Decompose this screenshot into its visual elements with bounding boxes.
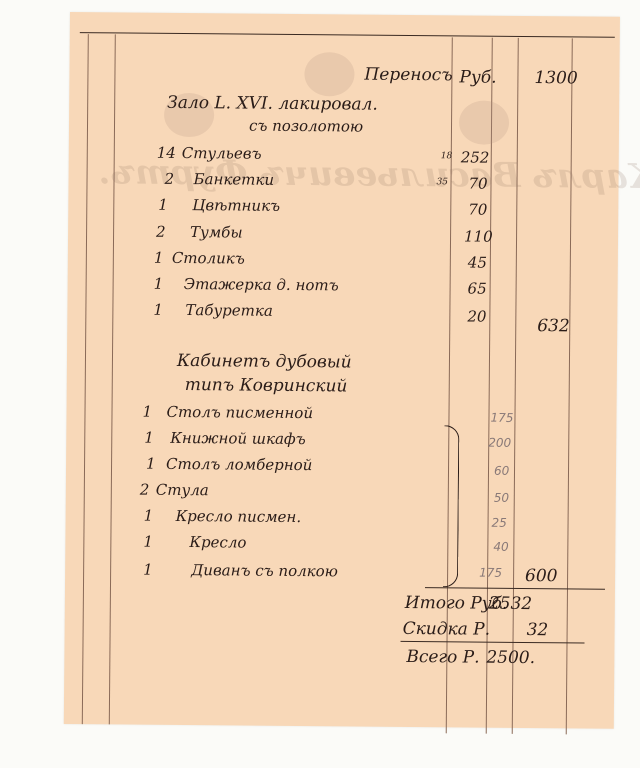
discount-amount: 32 xyxy=(527,620,549,640)
item-total: 110 xyxy=(464,227,493,245)
item-unit-price: 18 xyxy=(441,151,453,161)
item-total: 70 xyxy=(468,200,487,218)
item-qty: 14 xyxy=(157,144,176,162)
discount-rule xyxy=(401,641,585,644)
section1-subtotal: 632 xyxy=(537,316,570,336)
item-qty: 1 xyxy=(154,275,164,293)
item-pencil-price: 60 xyxy=(494,464,509,478)
column-line-kop xyxy=(512,38,519,734)
total-amount: 2532 xyxy=(489,594,532,614)
item-qty: 1 xyxy=(154,249,164,267)
grand-total-amount: 2500. xyxy=(486,648,535,668)
item-pencil-price: 25 xyxy=(491,516,506,530)
grand-total-label: Всего Р. xyxy=(406,647,479,668)
item-name: Столикъ xyxy=(172,249,245,268)
item-qty: 1 xyxy=(144,507,154,525)
item-total: 45 xyxy=(468,253,487,271)
grouping-brace xyxy=(443,425,459,587)
column-line-total xyxy=(566,38,573,734)
item-total: 70 xyxy=(468,174,487,192)
item-pencil-price: 175 xyxy=(490,411,513,425)
item-name: Стула xyxy=(156,481,209,499)
item-name: Книжной шкафъ xyxy=(170,429,306,448)
item-name: Столъ писменной xyxy=(166,403,313,422)
item-pencil-price: 50 xyxy=(494,491,509,505)
section2-subtotal: 600 xyxy=(525,566,558,586)
item-qty: 2 xyxy=(156,223,166,241)
item-pencil-price: 175 xyxy=(479,566,502,580)
item-qty: 1 xyxy=(158,196,168,214)
section1-items: 14 Стульевъ 18 252 2 Банкетки 35 70 1 Цв… xyxy=(70,12,620,17)
top-rule xyxy=(80,32,615,38)
item-name: Стульевъ xyxy=(182,144,262,163)
item-total: 20 xyxy=(467,307,486,325)
item-name: Табуретка xyxy=(185,301,273,320)
discount-label: Скидка Р. xyxy=(403,619,491,640)
section1-title: Зало L. XVI. лакировал. xyxy=(167,93,378,115)
item-name: Цвѣтникъ xyxy=(192,196,280,215)
watermark-seal-icon xyxy=(459,100,509,144)
item-name: Столъ ломберной xyxy=(166,455,312,474)
margin-line-2 xyxy=(109,34,116,724)
margin-line-1 xyxy=(82,34,89,724)
item-name: Банкетки xyxy=(193,170,274,189)
item-qty: 2 xyxy=(164,170,174,188)
item-qty: 1 xyxy=(143,561,153,579)
item-name: Кресло писмен. xyxy=(176,507,302,526)
item-name: Кресло xyxy=(189,533,246,551)
item-pencil-price: 200 xyxy=(488,436,511,450)
item-total: 65 xyxy=(468,279,487,297)
watermark-letterhead: Карлъ Васильевичъ Фуртъ. xyxy=(98,152,640,197)
item-qty: 1 xyxy=(153,301,163,319)
watermark-seal-icon xyxy=(304,52,354,96)
carried-forward-amount: 1300 xyxy=(534,68,577,88)
item-qty: 1 xyxy=(144,429,154,447)
carried-forward-label: Переносъ xyxy=(364,65,452,86)
section1-subtitle: съ позолотою xyxy=(249,117,363,136)
item-name: Тумбы xyxy=(190,223,243,241)
item-total: 252 xyxy=(461,148,490,166)
section2-subtitle: типъ Ковринский xyxy=(185,375,348,396)
item-qty: 2 xyxy=(140,481,150,499)
invoice-sheet: Карлъ Васильевичъ Фуртъ. Переносъ Руб. 1… xyxy=(64,12,620,729)
item-pencil-price: 40 xyxy=(493,540,508,554)
item-qty: 1 xyxy=(142,403,152,421)
item-name: Этажерка д. нотъ xyxy=(184,275,339,294)
carried-forward-currency: Руб. xyxy=(459,67,496,87)
item-unit-price: 35 xyxy=(436,177,448,187)
section2-title: Кабинетъ дубовый xyxy=(177,351,352,373)
item-qty: 1 xyxy=(143,533,153,551)
section2-items: 1 Столъ писменной 175 1 Книжной шкафъ 20… xyxy=(70,12,620,17)
item-qty: 1 xyxy=(146,455,156,473)
subtotal-rule xyxy=(425,587,605,590)
item-name: Диванъ съ полкою xyxy=(191,561,338,580)
